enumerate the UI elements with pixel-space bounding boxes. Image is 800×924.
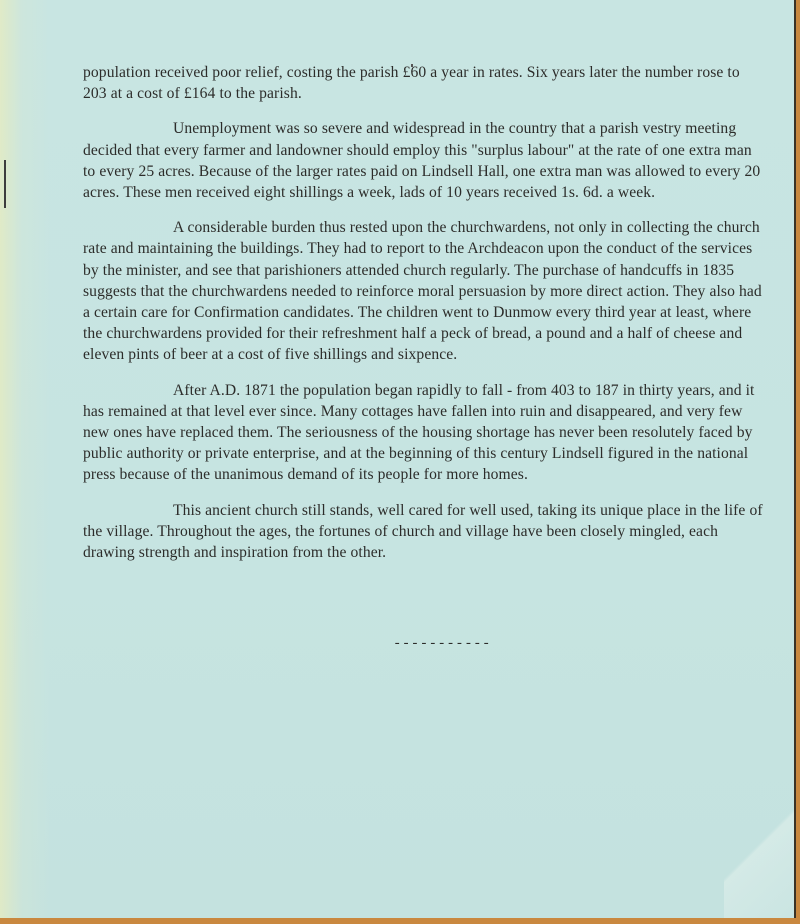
document-page: population received poor relief, costing… [0,0,796,918]
page-fold [724,778,794,918]
section-separator: ----------- [393,636,491,652]
paragraph-ancient-church: This ancient church still stands, well c… [83,500,763,564]
body-text: population received poor relief, costing… [83,62,763,577]
paragraph-poor-relief: population received poor relief, costing… [83,62,763,104]
paragraph-population-decline: After A.D. 1871 the population began rap… [83,380,763,486]
paragraph-churchwardens: A considerable burden thus rested upon t… [83,217,763,365]
binding-mark [4,160,6,208]
paragraph-unemployment: Unemployment was so severe and widesprea… [83,118,763,203]
